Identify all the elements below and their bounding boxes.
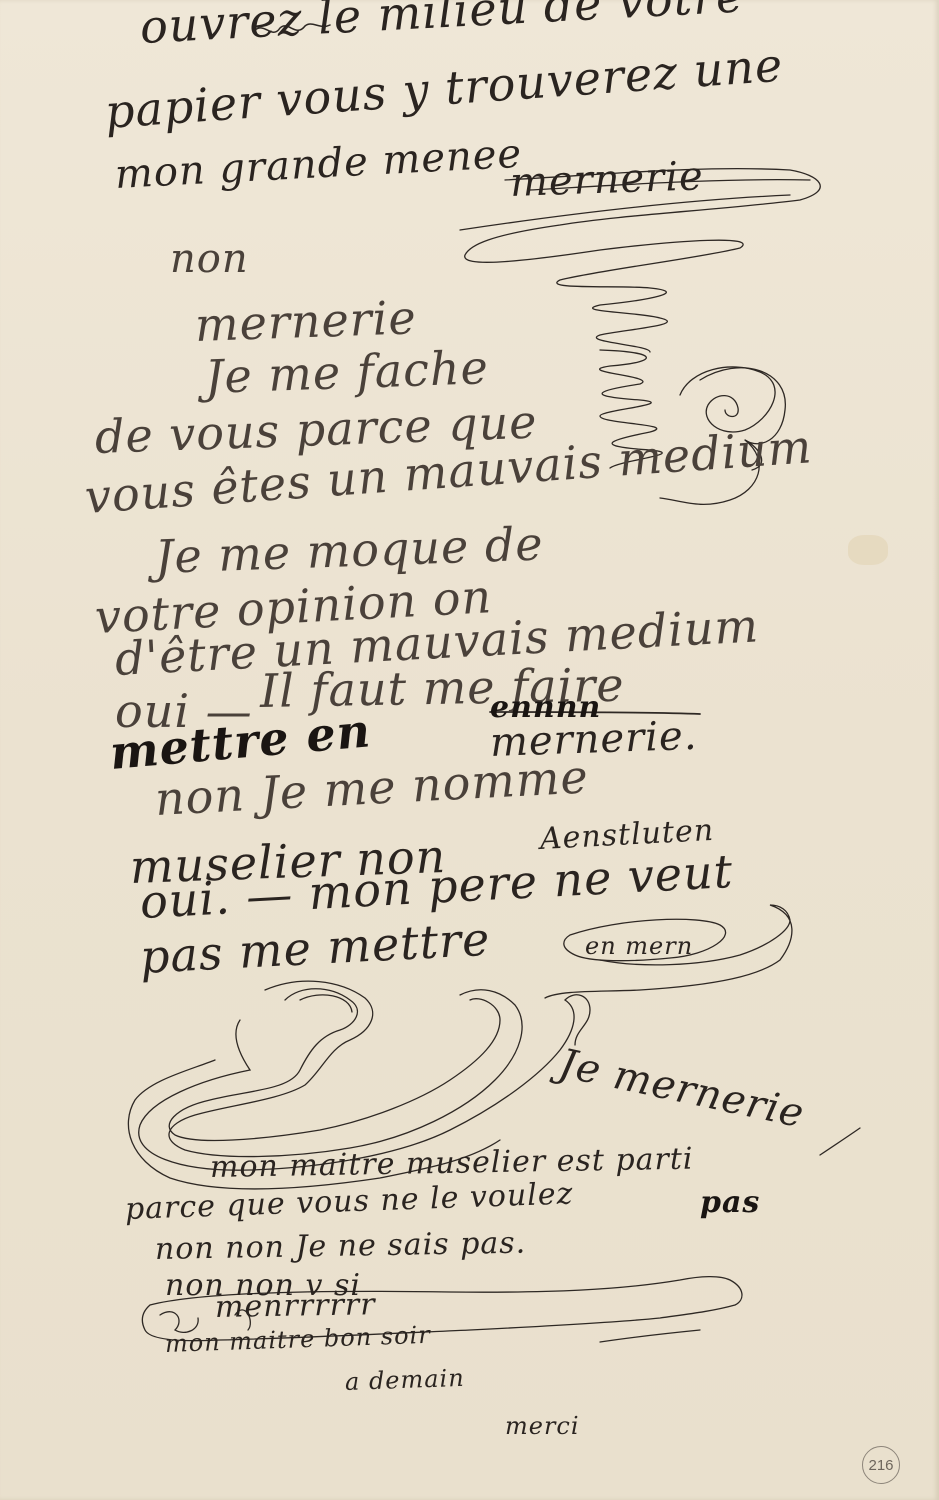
- manuscript-line: a demain: [345, 1364, 466, 1396]
- manuscript-line: non: [170, 236, 249, 282]
- pen-stroke: [820, 1128, 860, 1155]
- manuscript-line: Je me fache: [204, 340, 490, 404]
- folio-number: 216: [862, 1446, 900, 1484]
- manuscript-line: menrrrrrr: [215, 1287, 376, 1325]
- manuscript-line: en mern: [585, 932, 693, 960]
- manuscript-line: mernerie: [509, 153, 704, 206]
- manuscript-page: ouvrez le milieu de votre papier vous y …: [0, 0, 939, 1500]
- manuscript-line: merci: [505, 1412, 580, 1440]
- manuscript-line: pas: [700, 1185, 760, 1220]
- manuscript-line: non non Je ne sais pas.: [155, 1226, 527, 1267]
